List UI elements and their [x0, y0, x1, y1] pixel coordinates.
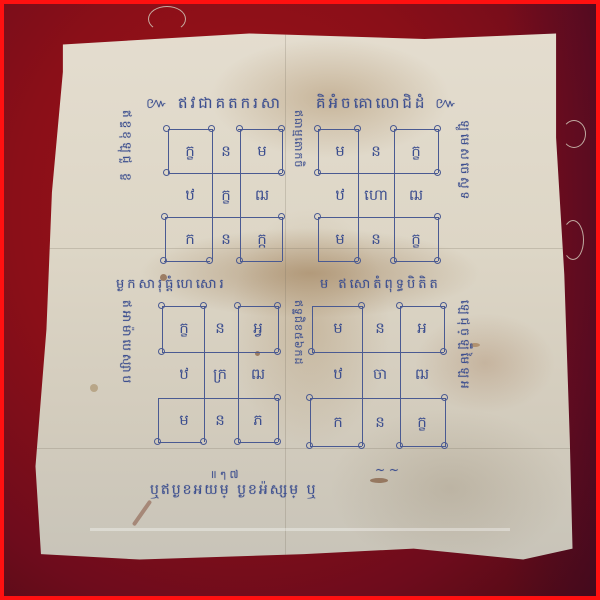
stain-spot: [132, 500, 152, 527]
yantra-column-center-upper: ឥធាម្មតោកចិ: [290, 110, 306, 168]
grid-cell: ឋ: [170, 177, 210, 217]
grid-cell: ន: [200, 310, 240, 350]
grid-cell: ឍ: [396, 177, 436, 217]
grid-cell: ក្ខ: [164, 310, 204, 350]
loose-thread: [148, 6, 186, 32]
grid-cell: ឍ: [242, 177, 282, 217]
grid-cell: អ្វ: [238, 310, 278, 350]
grid-cell: ក: [318, 404, 358, 444]
grid-cell: ចា: [360, 356, 400, 396]
stain-spot: [370, 478, 388, 483]
grid-cell: ក្ខ: [170, 133, 210, 173]
yantra-text-top-left: ៚ ឥវជាគតករសា: [146, 94, 283, 116]
grid-cell: ម: [320, 133, 360, 173]
yantra-grid-top-right: ម ន ក្ខ ឋ ហោ ឍ ម ន ក្ខ: [314, 125, 444, 255]
yantra-text-middle-right: ម ឥសោតំពុទ្ធបិតិត: [320, 276, 441, 295]
grid-cell: ក្ក: [242, 221, 282, 261]
stain-spot: [90, 384, 98, 392]
grid-cell: ឋ: [320, 177, 360, 217]
grid-cell: ភ: [238, 402, 278, 442]
grid-cell: ហោ: [356, 177, 396, 217]
yantra-column-left-upper: ឥខ្ទខុឡុជួ ខ្ល: [118, 110, 136, 184]
yantra-text-bottom: ឬឥប្ងខអយម្ ប្ងខអ៉ស្សម្ ឬ: [150, 480, 317, 501]
grid-cell: ឋ: [164, 356, 204, 396]
cloth-fold: [30, 248, 578, 249]
grid-cell: អ: [402, 310, 442, 350]
grid-cell: ម: [242, 133, 282, 173]
grid-cell: ម: [318, 310, 358, 350]
image-frame: ៚ ឥវជាគតករសា គិអំចគោលោជិដំ ៚ ម្ងកសារុធ្ដ…: [0, 0, 600, 600]
yantra-grid-bottom-right: ម ន អ ឋ ចា ឍ ក ន ក្ខ: [308, 302, 438, 432]
loose-thread: [562, 120, 586, 148]
grid-cell: ឍ: [238, 356, 278, 396]
grid-cell: ក: [170, 221, 210, 261]
yantra-grid-bottom-left: ក្ខ ន អ្វ ឋ ក្រ ឍ ម ន ភ: [156, 300, 286, 430]
grid-cell: ន: [206, 133, 246, 173]
grid-cell: ម: [164, 402, 204, 442]
yantra-grid-top-left: ក្ខ ន ម ឋ ក្ខ ឍ ក ន ក្ក: [160, 125, 290, 255]
grid-cell: ក្រ: [200, 356, 240, 396]
grid-cell: ក្ខ: [396, 133, 436, 173]
grid-cell: ក្ខ: [402, 404, 442, 444]
grid-cell: ន: [360, 404, 400, 444]
yantra-text-middle-left: ម្ងកសារុធ្ដំហេសោរ: [116, 276, 227, 295]
grid-cell: ន: [206, 221, 246, 261]
grid-cell: ន: [356, 133, 396, 173]
grid-cell: ន: [360, 310, 400, 350]
loose-thread: [562, 220, 584, 260]
yantra-column-right-upper: ឡូមេសចេស្វទ: [456, 120, 474, 202]
grid-cell: ន: [356, 221, 396, 261]
yantra-text-bottom-marks-right: ~ ~: [375, 463, 399, 477]
yantra-column-right-lower: ឡេជុច្ឡឹមៃឡអ: [456, 300, 474, 392]
grid-cell: ឍ: [402, 356, 442, 396]
grid-cell: ក្ខ: [396, 221, 436, 261]
grid-cell: ឋ: [318, 356, 358, 396]
cloth-fold: [30, 448, 578, 449]
grid-cell: ន: [200, 402, 240, 442]
grid-cell: ម: [320, 221, 360, 261]
yantra-column-center-lower: ឥទ្ឋជិខ៥៦កដ: [290, 300, 306, 365]
yantra-text-top-right: គិអំចគោលោជិដំ ៚: [316, 94, 459, 116]
yantra-column-left-lower: ឥអាម៉ាបេស្សាប: [118, 300, 136, 386]
grid-cell: ក្ខ: [206, 177, 246, 217]
cloth-fold: [90, 528, 510, 531]
